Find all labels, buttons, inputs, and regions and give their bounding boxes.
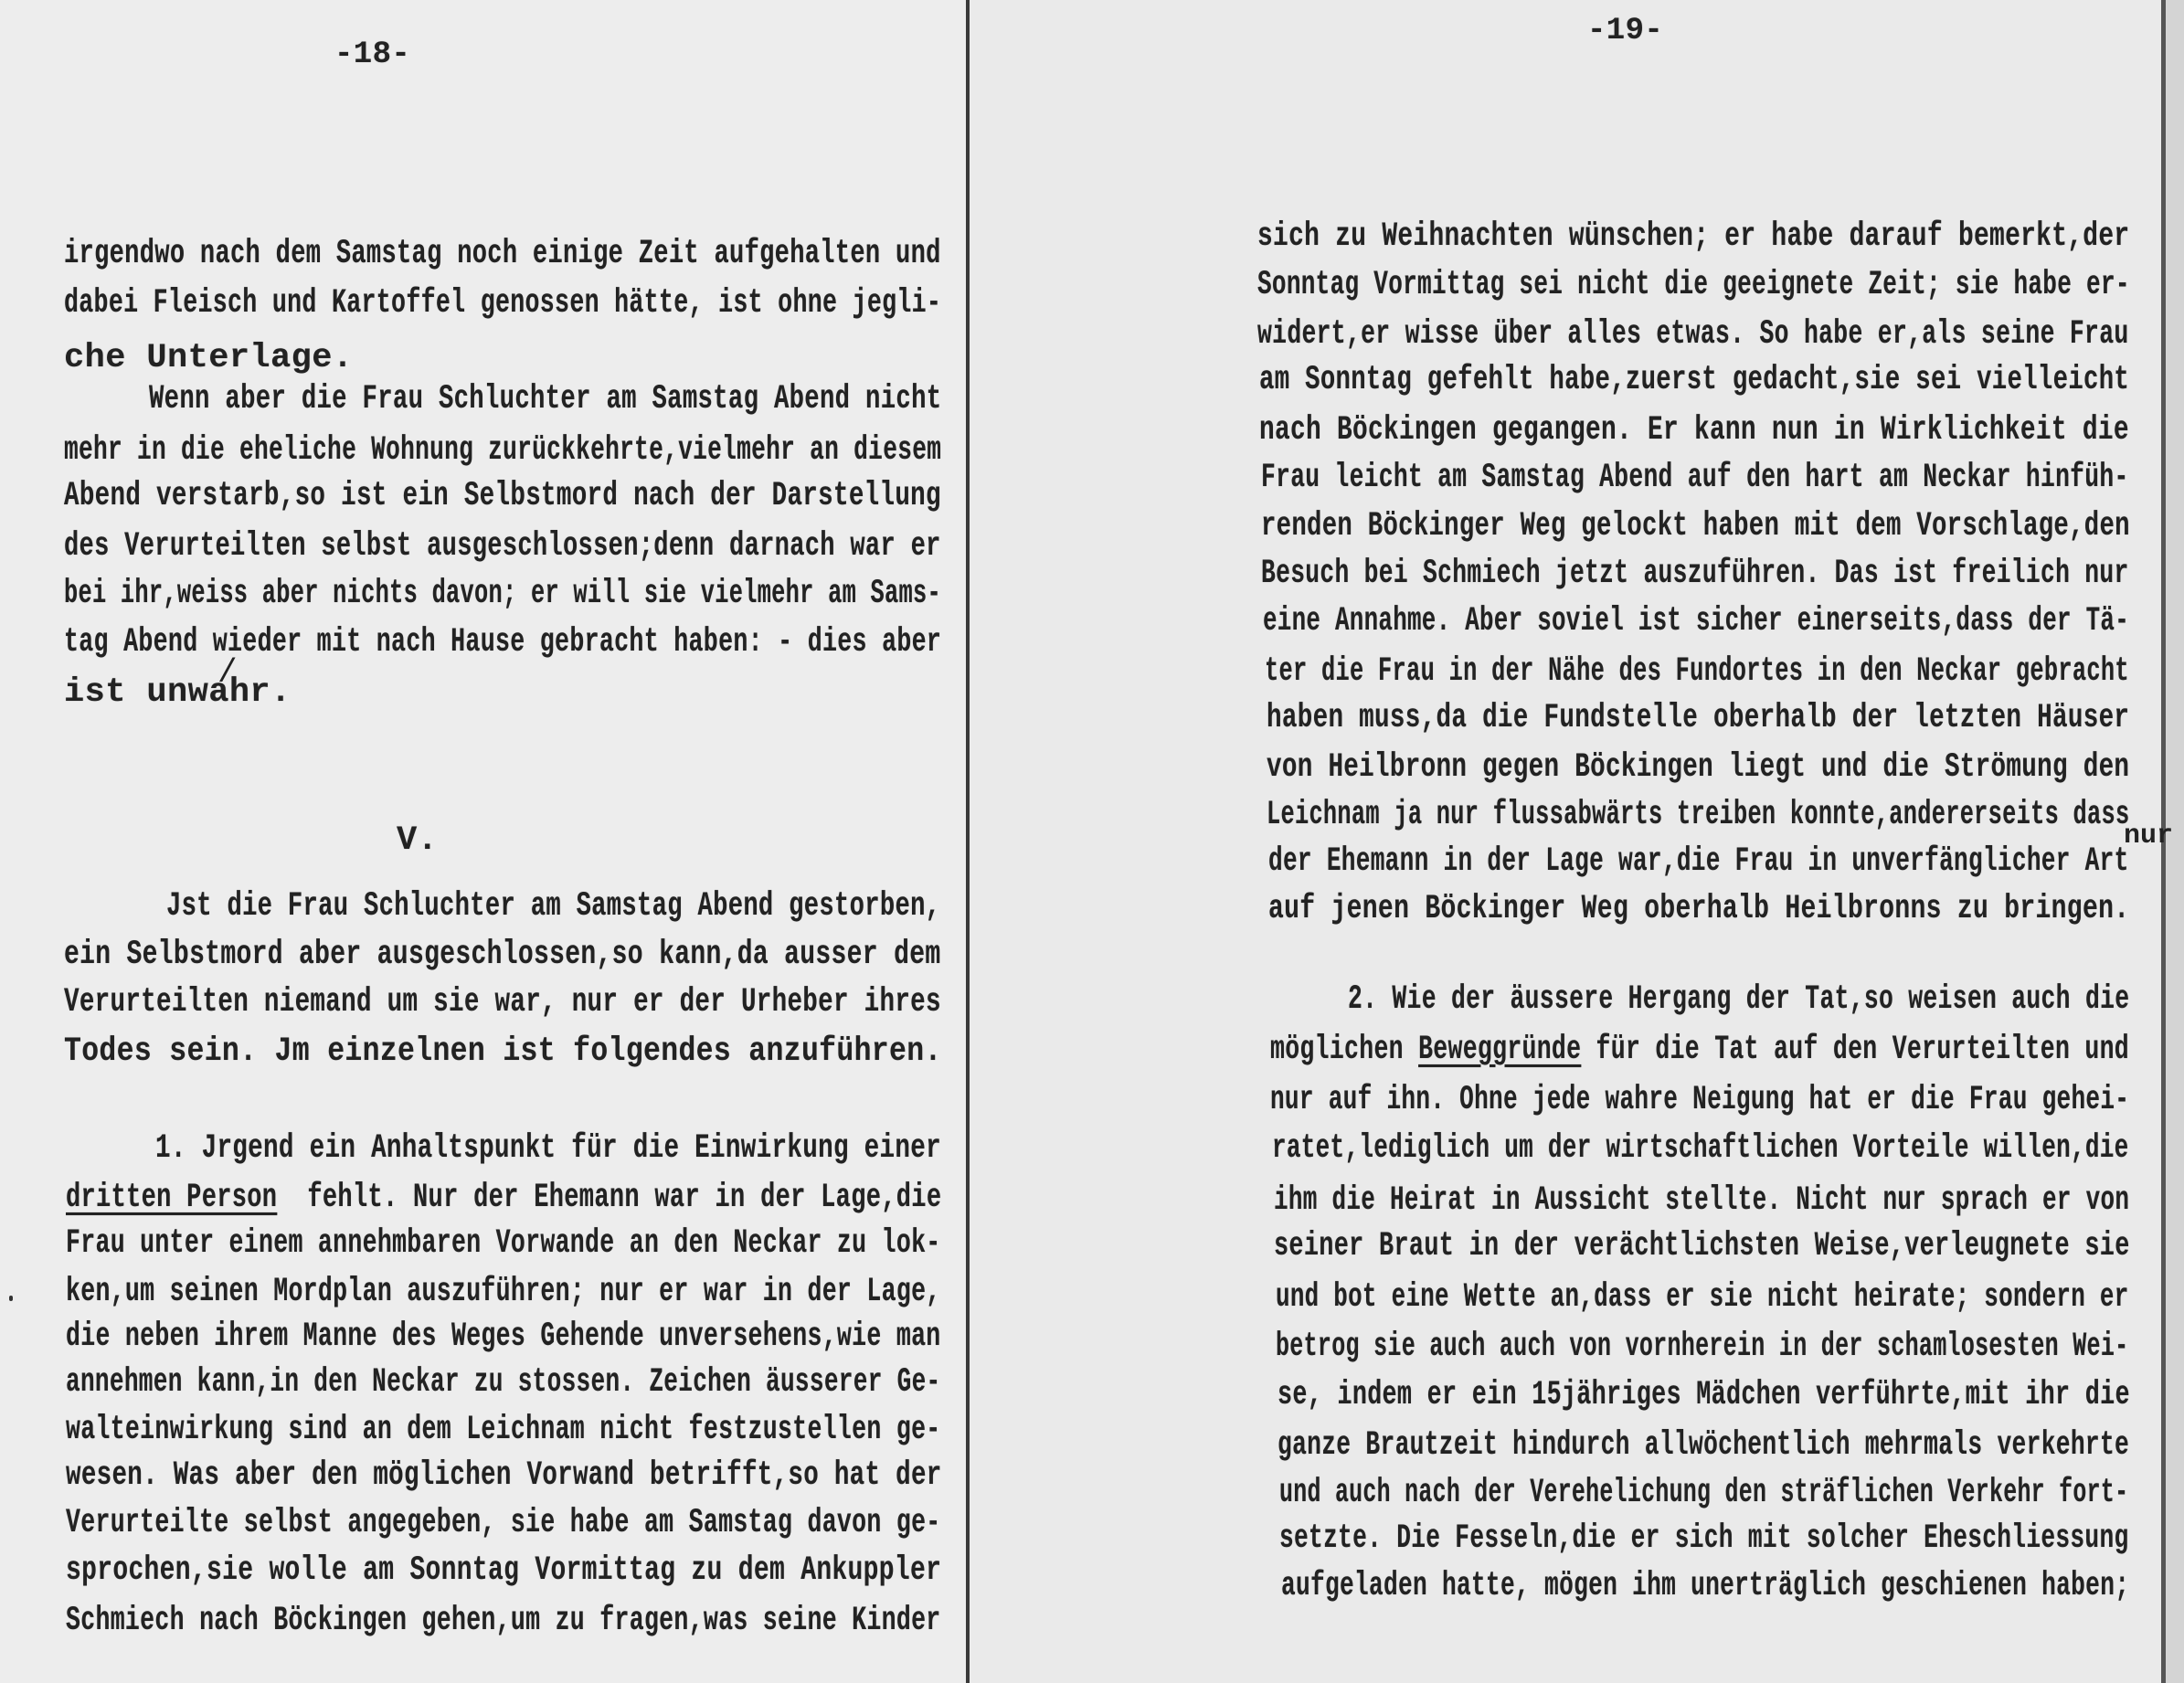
text-line: dabei Fleisch und Kartoffel genossen hät… (64, 285, 941, 322)
page-number: -18- (334, 37, 410, 73)
text-line: 1. Jrgend ein Anhaltspunkt für die Einwi… (155, 1130, 941, 1167)
text-line: Verurteilte selbst angegeben, sie habe a… (66, 1505, 941, 1541)
text-line: sprochen,sie wolle am Sonntag Vormittag … (66, 1552, 941, 1589)
text-line: ganze Brautzeit hindurch allwöchentlich … (1278, 1427, 2129, 1464)
handwritten-mark: / (217, 654, 238, 692)
text-line: Wenn aber die Frau Schluchter am Samstag… (149, 381, 941, 418)
text-line: und bot eine Wette an,dass er sie nicht … (1276, 1279, 2129, 1316)
text-line: nur auf ihn. Ohne jede wahre Neigung hat… (1270, 1082, 2129, 1118)
text-line: eine Annahme. Aber soviel ist sicher ein… (1263, 603, 2129, 640)
text-line: der Ehemann in der Lage war,die Frau in … (1268, 843, 2129, 880)
text-line: ter die Frau in der Nähe des Fundortes i… (1265, 653, 2129, 690)
text-line: Abend verstarb,so ist ein Selbstmord nac… (64, 478, 941, 514)
text-line: Todes sein. Jm einzelnen ist folgendes a… (64, 1033, 942, 1070)
text-line: nach Böckingen gegangen. Er kann nun in … (1259, 412, 2129, 449)
text-line: sich zu Weihnachten wünschen; er habe da… (1257, 218, 2129, 255)
underlined-phrase: dritten Person (66, 1179, 277, 1217)
text-line: die neben ihrem Manne des Weges Gehende … (66, 1318, 941, 1355)
text-line: irgendwo nach dem Samstag noch einige Ze… (64, 236, 941, 272)
text-line: Leichnam ja nur flussabwärts treiben kon… (1267, 797, 2129, 833)
text-line: tag Abend wieder mit nach Hause gebracht… (64, 624, 941, 661)
text-line: möglichen Beweggründe für die Tat auf de… (1270, 1032, 2129, 1068)
text-line: am Sonntag gefehlt habe,zuerst gedacht,s… (1259, 362, 2129, 398)
text-line: bei ihr,weiss aber nichts davon; er will… (64, 576, 941, 612)
text-line: betrog sie auch auch von vornherein in d… (1276, 1328, 2128, 1365)
text-line: und auch nach der Verehelichung den strä… (1279, 1475, 2128, 1511)
text-line: 2. Wie der äussere Hergang der Tat,so we… (1348, 981, 2129, 1018)
text-line: haben muss,da die Fundstelle oberhalb de… (1267, 700, 2129, 736)
text-line: ken,um seinen Mordplan auszuführen; nur … (66, 1274, 941, 1310)
page-gutter (966, 0, 970, 1683)
section-heading: V. (397, 822, 438, 859)
text-line: Sonntag Vormittag sei nicht die geeignet… (1257, 267, 2130, 303)
margin-speck (9, 1296, 13, 1301)
text-line: auf jenen Böckinger Weg oberhalb Heilbro… (1268, 891, 2129, 927)
text-line: se, indem er ein 15jähriges Mädchen verf… (1278, 1377, 2130, 1413)
text-line: ein Selbstmord aber ausgeschlossen,so ka… (64, 937, 940, 973)
text-line: Besuch bei Schmiech jetzt auszuführen. D… (1261, 556, 2129, 592)
text-line: des Verurteilten selbst ausgeschlossen;d… (64, 528, 941, 565)
text-line: Frau leicht am Samstag Abend auf den har… (1261, 460, 2129, 496)
underlined-phrase: Beweggründe (1418, 1031, 1581, 1069)
text-line: widert,er wisse über alles etwas. So hab… (1257, 316, 2129, 353)
text-line: Frau unter einem annehmbaren Vorwande an… (66, 1225, 941, 1262)
text-line: aufgeladen hatte, mögen ihm unerträglich… (1281, 1568, 2129, 1604)
text-line: dritten Person fehlt. Nur der Ehemann wa… (66, 1180, 941, 1216)
text-line: renden Böckinger Weg gelockt haben mit d… (1261, 508, 2130, 545)
text-line: Jst die Frau Schluchter am Samstag Abend… (166, 888, 940, 925)
typed-insertion: nur (2124, 820, 2173, 852)
text-line: Verurteilten niemand um sie war, nur er … (64, 984, 941, 1021)
text-line: wesen. Was aber den möglichen Vorwand be… (66, 1457, 942, 1494)
text-line: ist unwahr. (64, 674, 292, 711)
text-line: walteinwirkung sind an dem Leichnam nich… (66, 1412, 941, 1448)
text-line: annehmen kann,in den Neckar zu stossen. … (66, 1364, 940, 1401)
text-line: mehr in die eheliche Wohnung zurückkehrt… (64, 432, 941, 469)
page-number: -19- (1587, 13, 1663, 49)
text-line: ihm die Heirat in Aussicht stellte. Nich… (1274, 1182, 2129, 1219)
text-line: seiner Braut in der verächtlichsten Weis… (1274, 1228, 2130, 1265)
text-line: che Unterlage. (64, 340, 353, 376)
text-line: ratet,lediglich um der wirtschaftlichen … (1272, 1130, 2129, 1167)
text-line: setzte. Die Fesseln,die er sich mit solc… (1279, 1520, 2129, 1557)
text-line: Schmiech nach Böckingen gehen,um zu frag… (66, 1603, 941, 1639)
text-line: von Heilbronn gegen Böckingen liegt und … (1267, 749, 2129, 786)
